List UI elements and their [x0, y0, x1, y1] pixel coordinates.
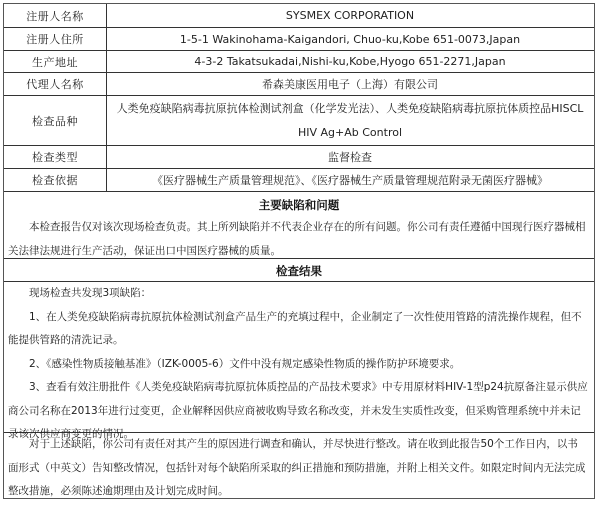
- finding-item-2: 2、《感染性物质接触基准》（IZK-0005-6）文件中没有规定感染性物质的操作…: [8, 353, 588, 377]
- product-line-1: 人类免疫缺陷病毒抗原抗体检测试剂盒（化学发光法）、人类免疫缺陷病毒抗原抗体质控品…: [117, 97, 584, 121]
- closing-text: 对于上述缺陷，你公司有责任对其产生的原因进行调查和确认，并尽快进行整改。请在收到…: [8, 433, 588, 504]
- findings-intro: 现场检查共发现3项缺陷：: [8, 282, 588, 306]
- defects-title: 主要缺陷和问题: [4, 192, 594, 216]
- findings-section: 现场检查共发现3项缺陷： 1、在人类免疫缺陷病毒抗原抗体检测试剂盒产品生产的充填…: [4, 282, 594, 433]
- value-agent-name: 希森美康医用电子（上海）有限公司: [106, 73, 594, 95]
- value-inspection-basis: 《医疗器械生产质量管理规范》、《医疗器械生产质量管理规范附录无菌医疗器械》: [106, 169, 594, 191]
- row-inspection-basis: 检查依据 《医疗器械生产质量管理规范》、《医疗器械生产质量管理规范附录无菌医疗器…: [4, 169, 594, 192]
- closing-paragraph: 对于上述缺陷，你公司有责任对其产生的原因进行调查和确认，并尽快进行整改。请在收到…: [4, 433, 594, 504]
- product-line-2: HIV Ag+Ab Control: [298, 121, 402, 145]
- row-registrant-address: 注册人住所 1-5-1 Wakinohama-Kaigandori, Chuo-…: [4, 28, 594, 51]
- label-registrant-name: 注册人名称: [4, 4, 107, 27]
- inspection-report: 注册人名称 SYSMEX CORPORATION 注册人住所 1-5-1 Wak…: [3, 3, 595, 499]
- row-production-address: 生产地址 4-3-2 Takatsukadai,Nishi-ku,Kobe,Hy…: [4, 51, 594, 73]
- results-header-row: 检查结果: [4, 259, 594, 282]
- row-inspection-product: 检查品种 人类免疫缺陷病毒抗原抗体检测试剂盒（化学发光法）、人类免疫缺陷病毒抗原…: [4, 96, 594, 146]
- label-production-address: 生产地址: [4, 51, 107, 72]
- value-inspection-type: 监督检查: [106, 146, 594, 168]
- label-inspection-product: 检查品种: [4, 96, 107, 145]
- label-registrant-address: 注册人住所: [4, 28, 107, 50]
- value-production-address: 4-3-2 Takatsukadai,Nishi-ku,Kobe,Hyogo 6…: [106, 51, 594, 72]
- results-title: 检查结果: [4, 259, 594, 282]
- defects-section: 主要缺陷和问题 本检查报告仅对该次现场检查负责。其上所列缺陷并不代表企业存在的所…: [4, 192, 594, 259]
- defects-paragraph: 本检查报告仅对该次现场检查负责。其上所列缺陷并不代表企业存在的所有问题。你公司有…: [4, 216, 594, 263]
- value-registrant-name: SYSMEX CORPORATION: [106, 4, 594, 27]
- row-registrant-name: 注册人名称 SYSMEX CORPORATION: [4, 4, 594, 28]
- findings-list: 现场检查共发现3项缺陷： 1、在人类免疫缺陷病毒抗原抗体检测试剂盒产品生产的充填…: [4, 282, 594, 447]
- row-agent-name: 代理人名称 希森美康医用电子（上海）有限公司: [4, 73, 594, 96]
- closing-section: 对于上述缺陷，你公司有责任对其产生的原因进行调查和确认，并尽快进行整改。请在收到…: [4, 433, 594, 499]
- row-inspection-type: 检查类型 监督检查: [4, 146, 594, 169]
- value-inspection-product: 人类免疫缺陷病毒抗原抗体检测试剂盒（化学发光法）、人类免疫缺陷病毒抗原抗体质控品…: [106, 96, 594, 145]
- finding-item-1: 1、在人类免疫缺陷病毒抗原抗体检测试剂盒产品生产的充填过程中，企业制定了一次性使…: [8, 306, 588, 353]
- label-inspection-basis: 检查依据: [4, 169, 107, 191]
- label-agent-name: 代理人名称: [4, 73, 107, 95]
- value-registrant-address: 1-5-1 Wakinohama-Kaigandori, Chuo-ku,Kob…: [106, 28, 594, 50]
- defects-text: 本检查报告仅对该次现场检查负责。其上所列缺陷并不代表企业存在的所有问题。你公司有…: [8, 216, 588, 263]
- label-inspection-type: 检查类型: [4, 146, 107, 168]
